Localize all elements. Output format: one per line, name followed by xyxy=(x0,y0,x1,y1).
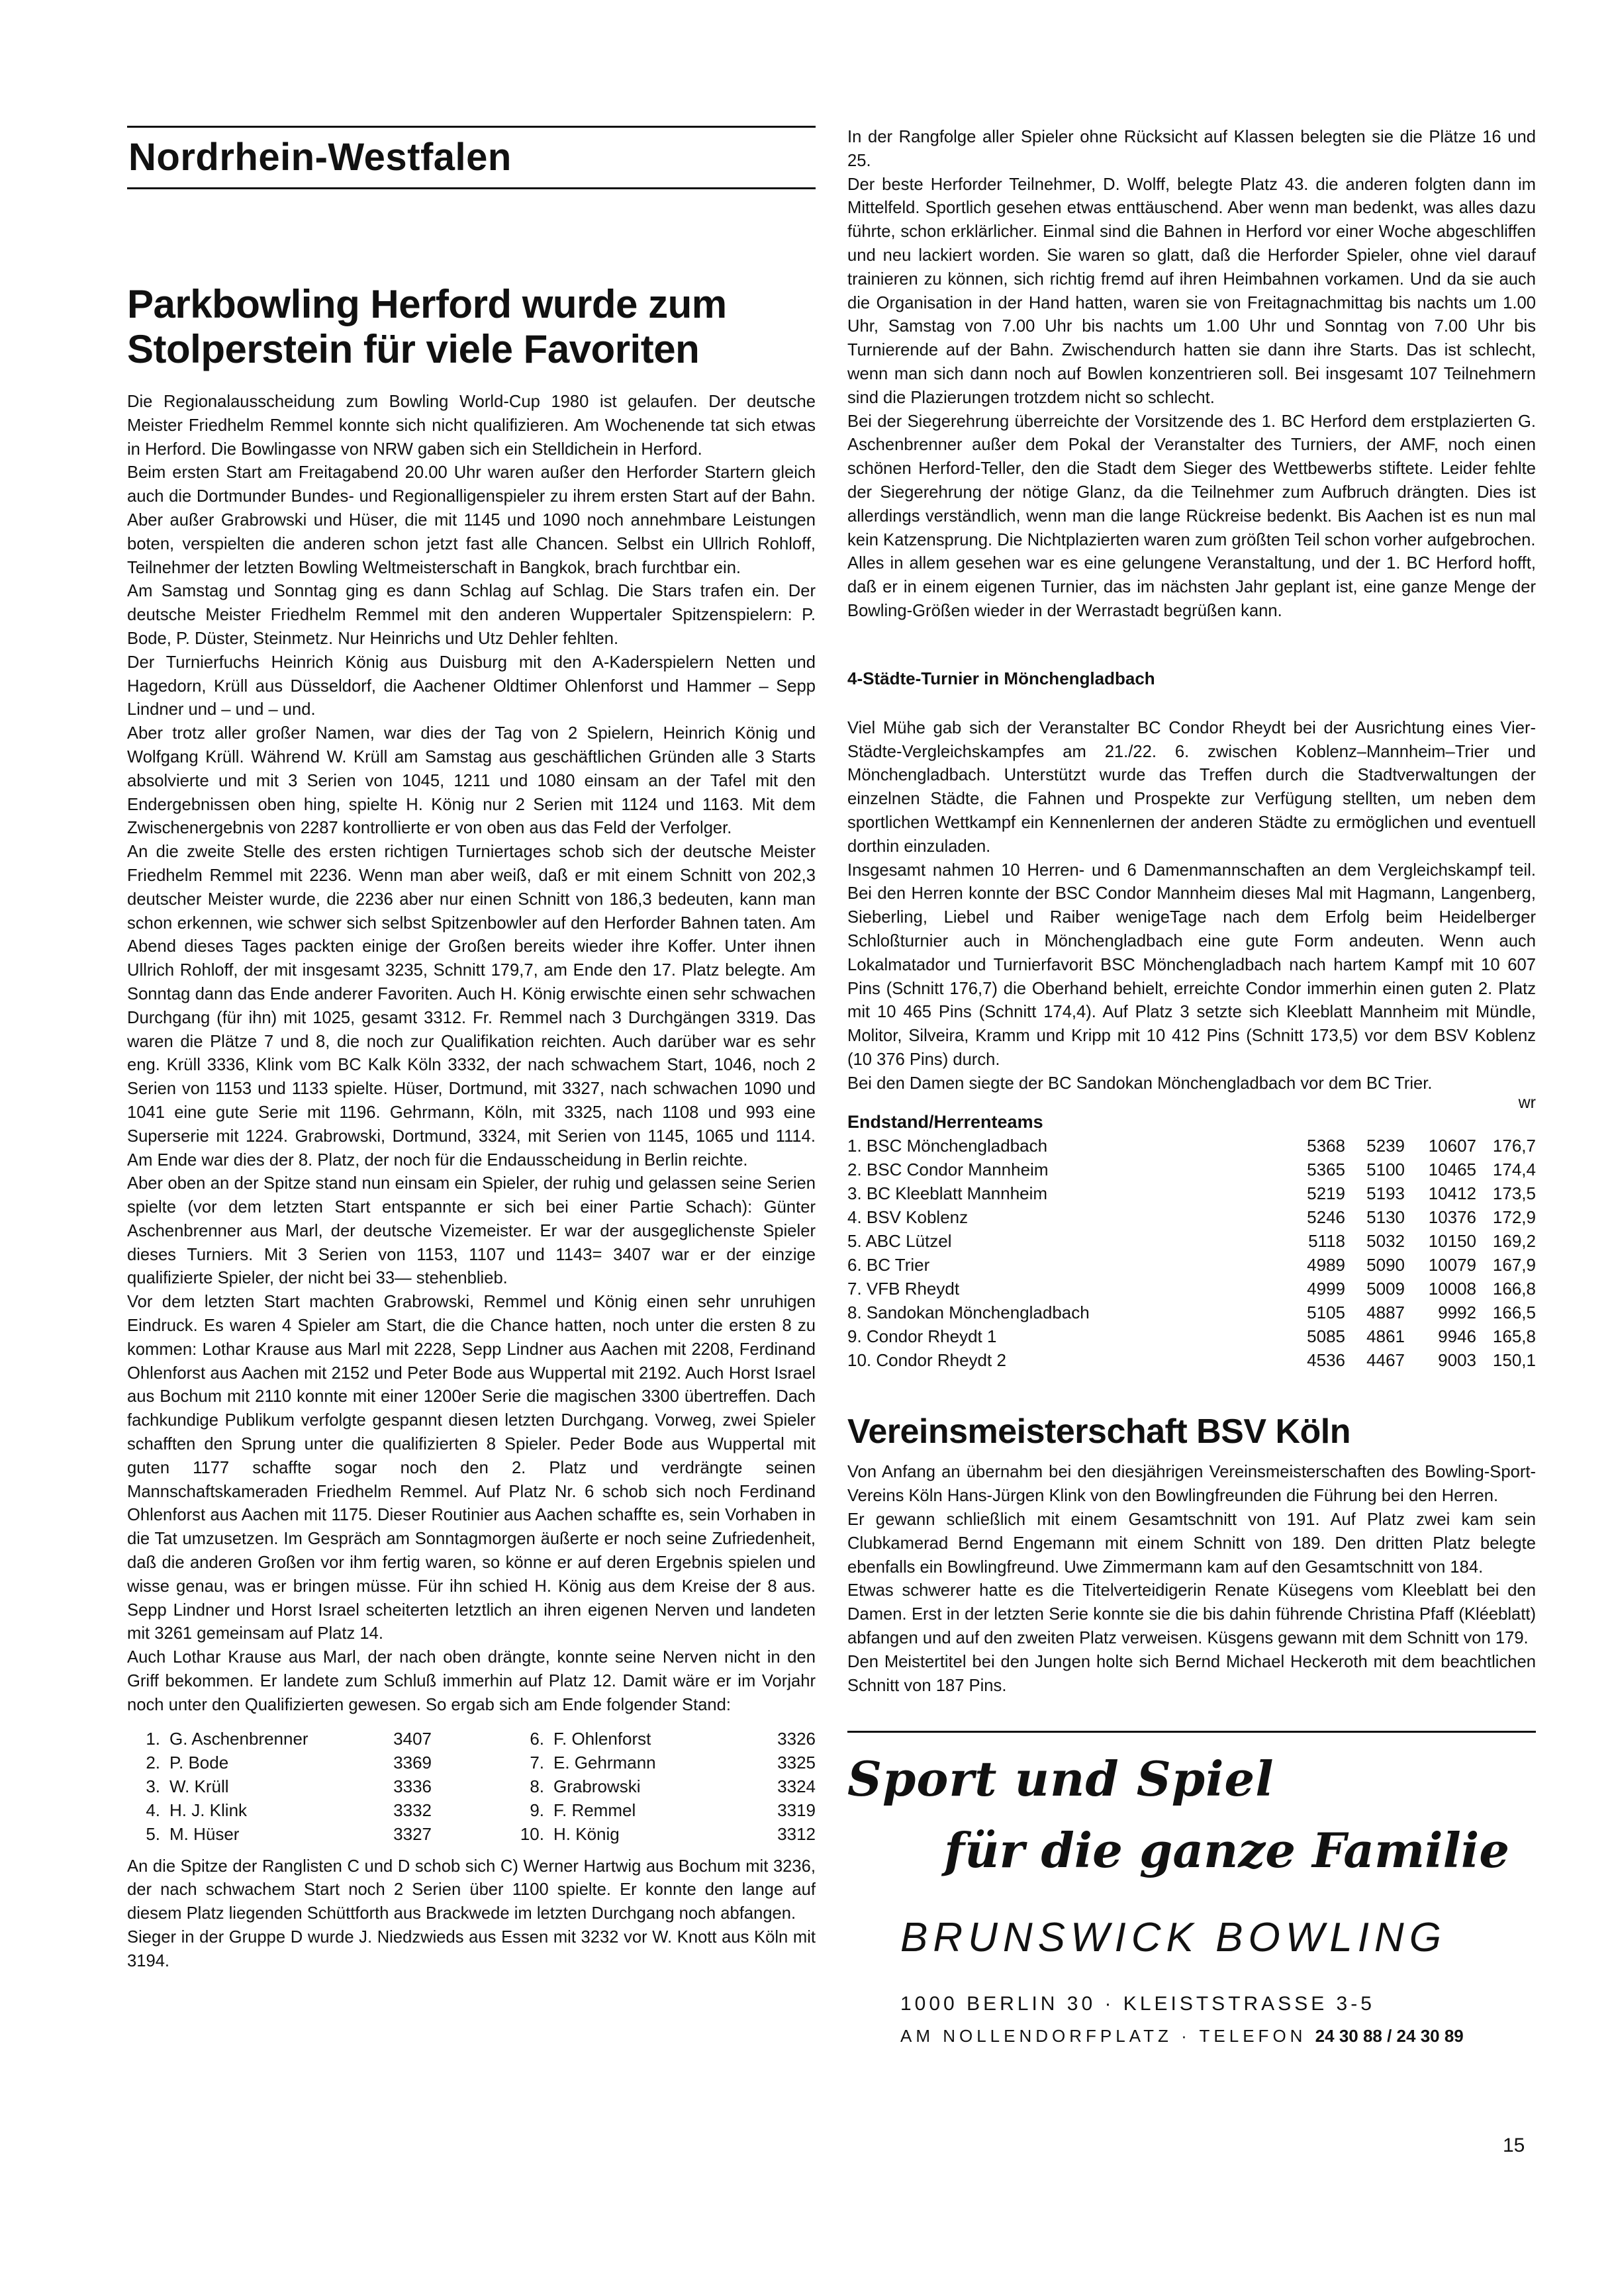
rank: 1. xyxy=(127,1727,169,1751)
score-2: 4467 xyxy=(1345,1348,1405,1372)
article-body-right: In der Rangfolge aller Spieler ohne Rück… xyxy=(847,126,1536,623)
paragraph: Sieger in der Gruppe D wurde J. Niedzwie… xyxy=(127,1926,816,1974)
average: 174,4 xyxy=(1476,1158,1536,1181)
table-row: 9. Condor Rheydt 1508548619946165,8 xyxy=(847,1324,1536,1348)
score: 3369 xyxy=(379,1751,432,1774)
paragraph: Der Turnierfuchs Heinrich König aus Duis… xyxy=(127,651,816,722)
average: 165,8 xyxy=(1476,1324,1536,1348)
tournament-body: Viel Mühe gab sich der Veranstalter BC C… xyxy=(847,717,1536,1096)
table-row: 5. ABC Lützel5118503210150169,2 xyxy=(847,1229,1536,1253)
score-2: 5090 xyxy=(1345,1253,1405,1277)
right-column: In der Rangfolge aller Spieler ohne Rück… xyxy=(847,126,1536,2046)
paragraph: An die Spitze der Ranglisten C und D sch… xyxy=(127,1855,816,1926)
player-name: H. König xyxy=(553,1822,763,1846)
paragraph: Insgesamt nahmen 10 Herren- und 6 Damenm… xyxy=(847,859,1536,1072)
ad-address-phone: AM NOLLENDORFPLATZ · TELEFON 24 30 88 / … xyxy=(900,2026,1536,2046)
paragraph: Etwas schwerer hatte es die Titelverteid… xyxy=(847,1579,1536,1650)
score: 3407 xyxy=(379,1727,432,1751)
standings-column-1: 1.G. Aschenbrenner3407 2.P. Bode3369 3.W… xyxy=(127,1727,432,1846)
average: 173,5 xyxy=(1476,1181,1536,1205)
score: 3319 xyxy=(763,1798,816,1822)
headline-line-2: Stolperstein für viele Favoriten xyxy=(127,327,699,371)
standings-row: 10.H. König3312 xyxy=(511,1822,816,1846)
team-name: 9. Condor Rheydt 1 xyxy=(847,1324,1286,1348)
table-row: 8. Sandokan Mönchengladbach5105488799921… xyxy=(847,1301,1536,1324)
standings-column-2: 6.F. Ohlenforst3326 7.E. Gehrmann3325 8.… xyxy=(511,1727,816,1846)
rank: 6. xyxy=(511,1727,553,1751)
standings-row: 3.W. Krüll3336 xyxy=(127,1774,432,1798)
rank: 9. xyxy=(511,1798,553,1822)
average: 169,2 xyxy=(1476,1229,1536,1253)
rank: 5. xyxy=(127,1822,169,1846)
player-name: E. Gehrmann xyxy=(553,1751,763,1774)
ad-brand-name: BRUNSWICK BOWLING xyxy=(900,1914,1536,1961)
player-name: M. Hüser xyxy=(169,1822,379,1846)
player-name: G. Aschenbrenner xyxy=(169,1727,379,1751)
paragraph: Den Meistertitel bei den Jungen holte si… xyxy=(847,1651,1536,1698)
standings-row: 5.M. Hüser3327 xyxy=(127,1822,432,1846)
table-row: 6. BC Trier4989509010079167,9 xyxy=(847,1253,1536,1277)
average: 172,9 xyxy=(1476,1205,1536,1229)
player-name: H. J. Klink xyxy=(169,1798,379,1822)
score-1: 4989 xyxy=(1286,1253,1345,1277)
rank: 4. xyxy=(127,1798,169,1822)
article-body-left: Die Regionalausscheidung zum Bowling Wor… xyxy=(127,390,816,1718)
table-row: 10. Condor Rheydt 2453644679003150,1 xyxy=(847,1348,1536,1372)
score: 3326 xyxy=(763,1727,816,1751)
total: 10465 xyxy=(1405,1158,1476,1181)
score-2: 5193 xyxy=(1345,1181,1405,1205)
score-1: 5105 xyxy=(1286,1301,1345,1324)
paragraph: Am Samstag und Sonntag ging es dann Schl… xyxy=(127,580,816,651)
score-1: 5368 xyxy=(1286,1134,1345,1158)
article-headline: Parkbowling Herford wurde zum Stolperste… xyxy=(127,282,816,372)
total: 10079 xyxy=(1405,1253,1476,1277)
standings-row: 4.H. J. Klink3332 xyxy=(127,1798,432,1822)
article-body-after-standings: An die Spitze der Ranglisten C und D sch… xyxy=(127,1855,816,1974)
average: 167,9 xyxy=(1476,1253,1536,1277)
score-1: 5219 xyxy=(1286,1181,1345,1205)
player-name: P. Bode xyxy=(169,1751,379,1774)
team-name: 7. VFB Rheydt xyxy=(847,1277,1286,1301)
rank: 7. xyxy=(511,1751,553,1774)
player-name: F. Remmel xyxy=(553,1798,763,1822)
score-2: 4887 xyxy=(1345,1301,1405,1324)
average: 176,7 xyxy=(1476,1134,1536,1158)
team-name: 4. BSV Koblenz xyxy=(847,1205,1286,1229)
team-name: 5. ABC Lützel xyxy=(847,1229,1286,1253)
score: 3336 xyxy=(379,1774,432,1798)
total: 10008 xyxy=(1405,1277,1476,1301)
ad-address: 1000 BERLIN 30 · KLEISTSTRASSE 3-5 xyxy=(900,1993,1536,2015)
standings-row: 2.P. Bode3369 xyxy=(127,1751,432,1774)
table-row: 1. BSC Mönchengladbach5368523910607176,7 xyxy=(847,1134,1536,1158)
paragraph: Auch Lothar Krause aus Marl, der nach ob… xyxy=(127,1646,816,1717)
standings-row: 6.F. Ohlenforst3326 xyxy=(511,1727,816,1751)
paragraph: Bei den Damen siegte der BC Sandokan Mön… xyxy=(847,1072,1536,1096)
team-name: 8. Sandokan Mönchengladbach xyxy=(847,1301,1286,1324)
total: 9003 xyxy=(1405,1348,1476,1372)
final-standings: 1.G. Aschenbrenner3407 2.P. Bode3369 3.W… xyxy=(127,1727,816,1846)
score: 3327 xyxy=(379,1822,432,1846)
paragraph: Er gewann schließlich mit einem Gesamtsc… xyxy=(847,1508,1536,1579)
rank: 8. xyxy=(511,1774,553,1798)
score-1: 5246 xyxy=(1286,1205,1345,1229)
score-1: 4999 xyxy=(1286,1277,1345,1301)
score: 3324 xyxy=(763,1774,816,1798)
rank: 2. xyxy=(127,1751,169,1774)
score-1: 5365 xyxy=(1286,1158,1345,1181)
standings-row: 8.Grabrowski3324 xyxy=(511,1774,816,1798)
ad-phone-number: 24 30 88 / 24 30 89 xyxy=(1315,2026,1464,2046)
team-name: 1. BSC Mönchengladbach xyxy=(847,1134,1286,1158)
team-name: 10. Condor Rheydt 2 xyxy=(847,1348,1286,1372)
score-1: 4536 xyxy=(1286,1348,1345,1372)
ad-address-line-2: AM NOLLENDORFPLATZ · TELEFON xyxy=(900,2026,1315,2046)
standings-row: 9.F. Remmel3319 xyxy=(511,1798,816,1822)
score-2: 5130 xyxy=(1345,1205,1405,1229)
left-column: Nordrhein-Westfalen Parkbowling Herford … xyxy=(127,126,816,1974)
score-1: 5085 xyxy=(1286,1324,1345,1348)
tournament-subhead: 4-Städte-Turnier in Mönchengladbach xyxy=(847,668,1536,689)
score: 3325 xyxy=(763,1751,816,1774)
player-name: W. Krüll xyxy=(169,1774,379,1798)
paragraph: Bei der Siegerehrung überreichte der Vor… xyxy=(847,410,1536,553)
total: 10376 xyxy=(1405,1205,1476,1229)
paragraph: In der Rangfolge aller Spieler ohne Rück… xyxy=(847,126,1536,173)
total: 10150 xyxy=(1405,1229,1476,1253)
paragraph: Der beste Herforder Teilnehmer, D. Wolff… xyxy=(847,173,1536,410)
score-2: 5032 xyxy=(1345,1229,1405,1253)
ad-slogan-line-1: Sport und Spiel xyxy=(847,1747,1536,1811)
player-name: F. Ohlenforst xyxy=(553,1727,763,1751)
score-2: 5100 xyxy=(1345,1158,1405,1181)
score-2: 5009 xyxy=(1345,1277,1405,1301)
headline-line-1: Parkbowling Herford wurde zum xyxy=(127,282,727,326)
total: 10412 xyxy=(1405,1181,1476,1205)
brunswick-advertisement: Sport und Spiel für die ganze Familie BR… xyxy=(847,1731,1536,2046)
paragraph: Von Anfang an übernahm bei den diesjähri… xyxy=(847,1461,1536,1508)
paragraph: An die zweite Stelle des ersten richtige… xyxy=(127,841,816,1172)
club-championship-headline: Vereinsmeisterschaft BSV Köln xyxy=(847,1412,1536,1451)
table-row: 4. BSV Koblenz5246513010376172,9 xyxy=(847,1205,1536,1229)
rank: 10. xyxy=(511,1822,553,1846)
page-number: 15 xyxy=(1503,2135,1525,2157)
author-initials: wr xyxy=(847,1095,1536,1110)
average: 166,8 xyxy=(1476,1277,1536,1301)
standings-row: 7.E. Gehrmann3325 xyxy=(511,1751,816,1774)
score: 3332 xyxy=(379,1798,432,1822)
paragraph: Viel Mühe gab sich der Veranstalter BC C… xyxy=(847,717,1536,859)
paragraph: Aber trotz aller großer Namen, war dies … xyxy=(127,722,816,841)
paragraph: Vor dem letzten Start machten Grabrowski… xyxy=(127,1291,816,1646)
average: 150,1 xyxy=(1476,1348,1536,1372)
total: 9946 xyxy=(1405,1324,1476,1348)
team-table-title: Endstand/Herrenteams xyxy=(847,1110,1536,1134)
rank: 3. xyxy=(127,1774,169,1798)
club-championship-body: Von Anfang an übernahm bei den diesjähri… xyxy=(847,1461,1536,1698)
total: 9992 xyxy=(1405,1301,1476,1324)
section-rule-bottom xyxy=(127,187,816,189)
player-name: Grabrowski xyxy=(553,1774,763,1798)
paragraph: Aber oben an der Spitze stand nun einsam… xyxy=(127,1172,816,1291)
average: 166,5 xyxy=(1476,1301,1536,1324)
table-row: 7. VFB Rheydt4999500910008166,8 xyxy=(847,1277,1536,1301)
table-row: 3. BC Kleeblatt Mannheim5219519310412173… xyxy=(847,1181,1536,1205)
section-title: Nordrhein-Westfalen xyxy=(127,128,816,187)
team-name: 6. BC Trier xyxy=(847,1253,1286,1277)
score-2: 4861 xyxy=(1345,1324,1405,1348)
score: 3312 xyxy=(763,1822,816,1846)
team-name: 2. BSC Condor Mannheim xyxy=(847,1158,1286,1181)
team-name: 3. BC Kleeblatt Mannheim xyxy=(847,1181,1286,1205)
total: 10607 xyxy=(1405,1134,1476,1158)
table-row: 2. BSC Condor Mannheim5365510010465174,4 xyxy=(847,1158,1536,1181)
team-standings-table: 1. BSC Mönchengladbach5368523910607176,7… xyxy=(847,1134,1536,1372)
score-1: 5118 xyxy=(1286,1229,1345,1253)
standings-row: 1.G. Aschenbrenner3407 xyxy=(127,1727,432,1751)
ad-slogan-line-2: für die ganze Familie xyxy=(847,1819,1536,1882)
paragraph: Die Regionalausscheidung zum Bowling Wor… xyxy=(127,390,816,461)
paragraph: Alles in allem gesehen war es eine gelun… xyxy=(847,552,1536,623)
score-2: 5239 xyxy=(1345,1134,1405,1158)
paragraph: Beim ersten Start am Freitagabend 20.00 … xyxy=(127,461,816,580)
